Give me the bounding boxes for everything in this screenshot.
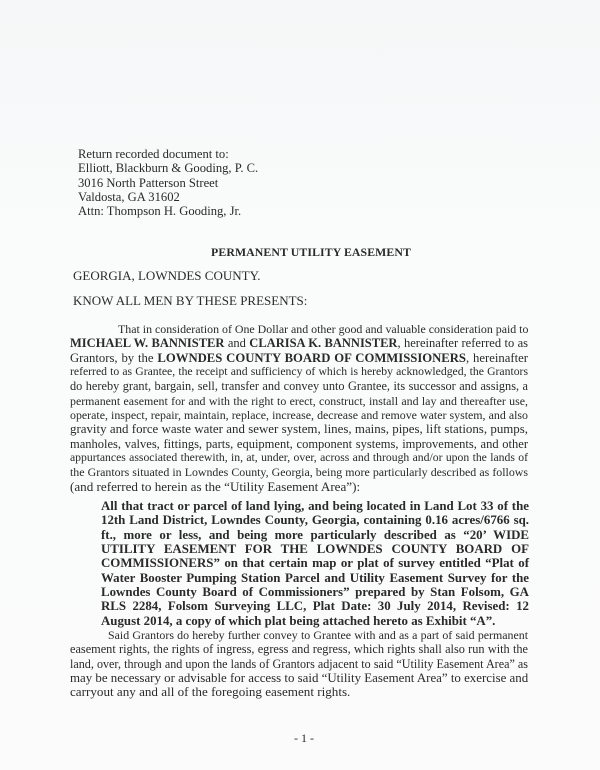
paragraph-line: (and referred to herein as the “Utility … bbox=[70, 480, 528, 494]
consideration-paragraph: That in consideration of One Dollar and … bbox=[70, 322, 528, 494]
description-line: COMMISSIONERS” on that certain map or pl… bbox=[101, 556, 529, 570]
paragraph-line: gravity and force waste water and sewer … bbox=[70, 422, 528, 436]
paragraph-line: MICHAEL W. BANNISTER and CLARISA K. BANN… bbox=[70, 336, 528, 350]
paragraph-line: manholes, valves, fittings, parts, equip… bbox=[70, 437, 528, 451]
document-page: Return recorded document to: Elliott, Bl… bbox=[0, 0, 600, 770]
legal-description-block: All that tract or parcel of land lying, … bbox=[101, 499, 529, 628]
description-line: August 2014, a copy of which plat being … bbox=[101, 614, 529, 628]
paragraph-line: the Grantors situated in Lowndes County,… bbox=[70, 465, 528, 479]
return-line: Valdosta, GA 31602 bbox=[78, 190, 258, 204]
return-address-block: Return recorded document to: Elliott, Bl… bbox=[78, 147, 258, 218]
paragraph-line: carryout any and all of the foregoing ea… bbox=[70, 685, 528, 699]
description-line: Lowndes County Board of Commissioners” p… bbox=[101, 585, 529, 599]
grantee-name: LOWNDES COUNTY BOARD OF COMMISSIONERS bbox=[157, 351, 466, 365]
return-line: 3016 North Patterson Street bbox=[78, 176, 258, 190]
paragraph-line: referred to as Grantee, the receipt and … bbox=[70, 365, 528, 379]
paragraph-line: easement rights, the rights of ingress, … bbox=[70, 642, 528, 656]
grantor-name: MICHAEL W. BANNISTER bbox=[70, 336, 224, 350]
know-all-men-line: KNOW ALL MEN BY THESE PRESENTS: bbox=[73, 293, 307, 309]
paragraph-line: permanent easement for and with the righ… bbox=[70, 394, 528, 408]
clause: , hereinafter bbox=[466, 351, 528, 365]
paragraph-line: may be necessary or advisable for access… bbox=[70, 671, 528, 685]
document-title: PERMANENT UTILITY EASEMENT bbox=[0, 245, 600, 260]
county-line: GEORGIA, LOWNDES COUNTY. bbox=[73, 268, 261, 284]
description-line: UTILITY EASEMENT FOR THE LOWNDES COUNTY … bbox=[101, 542, 529, 556]
paragraph-line: appurtances associated therewith, in, at… bbox=[70, 451, 528, 465]
paragraph-line: land, over, through and upon the lands o… bbox=[70, 657, 528, 671]
return-line: Attn: Thompson H. Gooding, Jr. bbox=[78, 204, 258, 218]
description-line: Water Booster Pumping Station Parcel and… bbox=[101, 571, 529, 585]
grantor-name: CLARISA K. BANNISTER bbox=[249, 336, 397, 350]
clause: , hereinafter referred to as bbox=[397, 336, 528, 350]
description-line: RLS 2284, Folsom Surveying LLC, Plat Dat… bbox=[101, 599, 529, 613]
description-line: ft., more or less, and being more partic… bbox=[101, 528, 529, 542]
description-line: All that tract or parcel of land lying, … bbox=[101, 499, 529, 513]
conjunction: and bbox=[228, 336, 246, 350]
return-line: Return recorded document to: bbox=[78, 147, 258, 161]
paragraph-line: operate, inspect, repair, maintain, repl… bbox=[70, 408, 528, 422]
description-line: 12th Land District, Lowndes County, Geor… bbox=[101, 513, 529, 527]
page-number: - 1 - bbox=[0, 731, 600, 746]
paragraph-line: Said Grantors do hereby further convey t… bbox=[70, 628, 528, 642]
clause: Grantors, by the bbox=[70, 351, 154, 365]
return-line: Elliott, Blackburn & Gooding, P. C. bbox=[78, 161, 258, 175]
paragraph-line: Grantors, by the LOWNDES COUNTY BOARD OF… bbox=[70, 351, 528, 365]
access-rights-paragraph: Said Grantors do hereby further convey t… bbox=[70, 628, 528, 700]
paragraph-line: do hereby grant, bargain, sell, transfer… bbox=[70, 379, 528, 393]
paragraph-line: That in consideration of One Dollar and … bbox=[70, 322, 528, 336]
